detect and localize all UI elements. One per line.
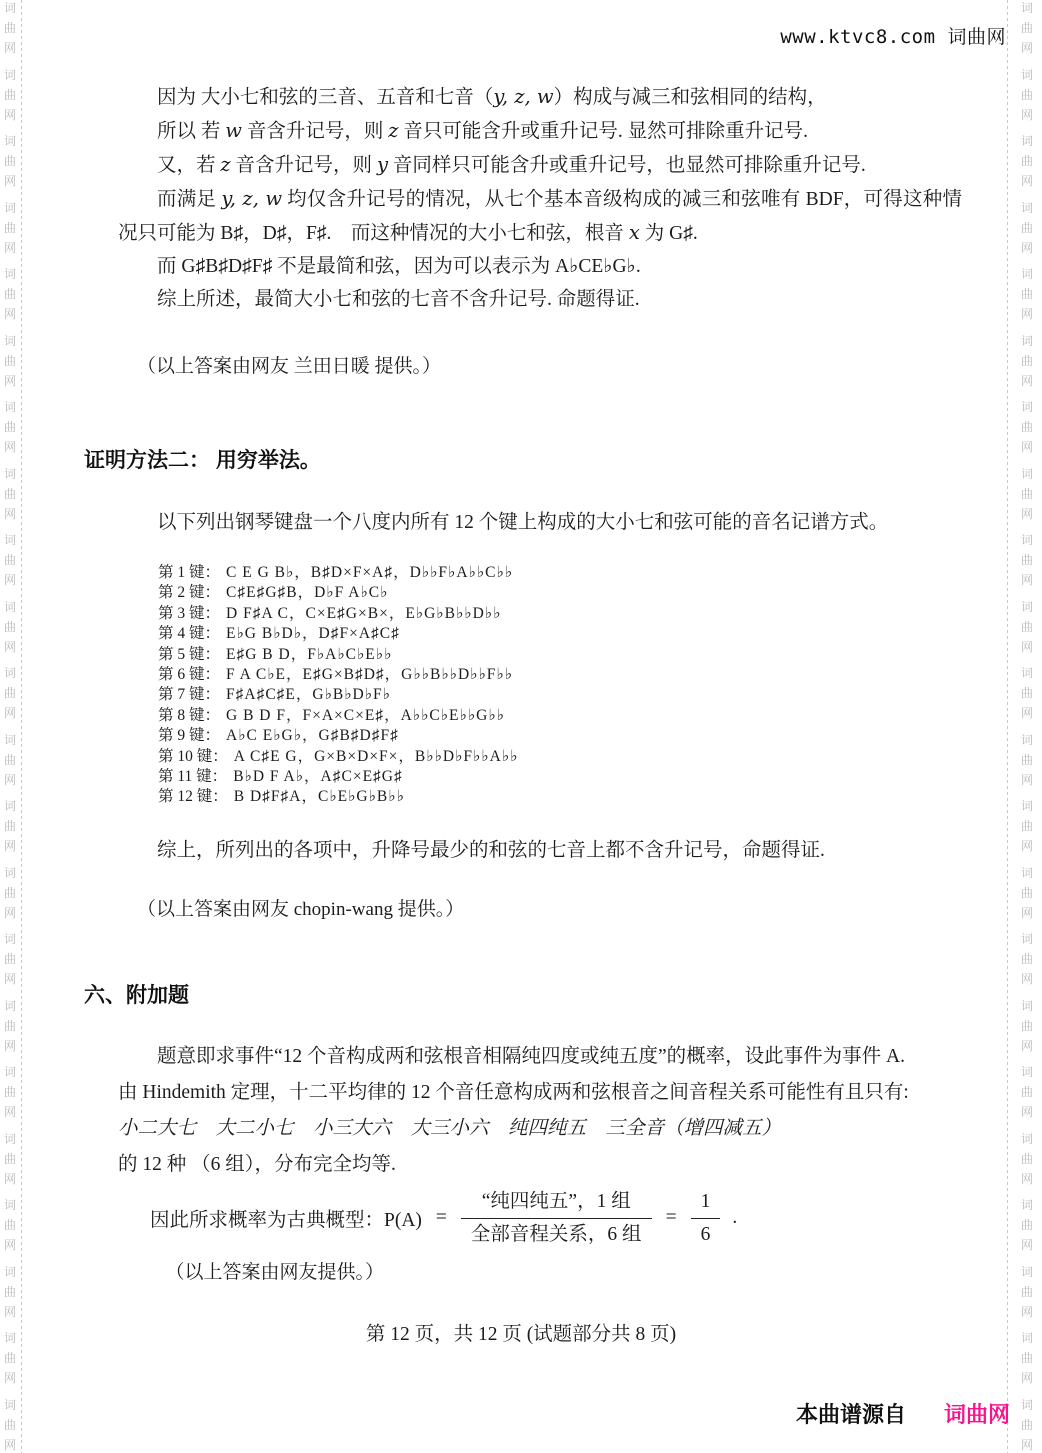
proof-paragraph: 综上所述，最简大小七和弦的七音不含升记号. 命题得证. xyxy=(118,283,962,316)
watermark-group: 词曲网 xyxy=(1021,202,1033,254)
watermark-char: 词 xyxy=(4,867,16,879)
key-chords: B D♯F♯A，C♭E♭G♭B♭♭ xyxy=(234,788,405,805)
watermark-group: 词曲网 xyxy=(1021,268,1033,320)
equals-sign: = xyxy=(434,1207,449,1229)
watermark-char: 词 xyxy=(1021,867,1033,879)
watermark-char: 词 xyxy=(4,69,16,81)
watermark-char: 网 xyxy=(4,907,16,919)
watermark-char: 曲 xyxy=(4,222,16,234)
watermark-char: 网 xyxy=(1021,242,1033,254)
watermark-char: 词 xyxy=(4,1000,16,1012)
watermark-char: 词 xyxy=(4,202,16,214)
fraction-numerator: “纯四纯五”，1 组 xyxy=(461,1189,652,1218)
section6-paragraphs: 题意即求事件“12 个音构成两和弦根音相隔纯四度或纯五度”的概率，设此事件为事件… xyxy=(118,1039,962,1183)
proof-method1-conclusion: 因为 大小七和弦的三音、五音和七音（y, z, w）构成与减三和弦相同的结构，所… xyxy=(118,80,962,382)
section-heading-6: 六、附加题 xyxy=(84,983,962,1009)
watermark-group: 词曲网 xyxy=(1021,1066,1033,1118)
watermark-char: 曲 xyxy=(1021,89,1033,101)
watermark-char: 网 xyxy=(1021,840,1033,852)
watermark-char: 词 xyxy=(1021,468,1033,480)
watermark-char: 词 xyxy=(4,601,16,613)
watermark-char: 词 xyxy=(1021,1000,1033,1012)
watermark-char: 网 xyxy=(4,973,16,985)
watermark-group: 词曲网 xyxy=(4,800,16,852)
watermark-group: 词曲网 xyxy=(4,1199,16,1251)
watermark-column-left: 词曲网词曲网词曲网词曲网词曲网词曲网词曲网词曲网词曲网词曲网词曲网词曲网词曲网词… xyxy=(2,2,18,1451)
watermark-group: 词曲网 xyxy=(1021,335,1033,387)
watermark-char: 网 xyxy=(1021,1173,1033,1185)
site-url-header: www.ktvc8.com 词曲网 xyxy=(780,22,1006,49)
watermark-char: 曲 xyxy=(4,1219,16,1231)
watermark-char: 曲 xyxy=(4,155,16,167)
watermark-char: 曲 xyxy=(1021,1286,1033,1298)
watermark-column-right: 词曲网词曲网词曲网词曲网词曲网词曲网词曲网词曲网词曲网词曲网词曲网词曲网词曲网词… xyxy=(1019,2,1035,1451)
watermark-group: 词曲网 xyxy=(4,2,16,54)
watermark-char: 词 xyxy=(4,534,16,546)
watermark-char: 网 xyxy=(1021,42,1033,54)
watermark-char: 网 xyxy=(4,774,16,786)
watermark-char: 网 xyxy=(1021,308,1033,320)
watermark-char: 曲 xyxy=(1021,820,1033,832)
watermark-char: 曲 xyxy=(1021,355,1033,367)
section-heading-method2: 证明方法二： 用穷举法。 xyxy=(84,448,962,474)
watermark-char: 词 xyxy=(1021,401,1033,413)
watermark-group: 词曲网 xyxy=(1021,1000,1033,1052)
watermark-char: 曲 xyxy=(4,22,16,34)
document-content: 因为 大小七和弦的三音、五音和七音（y, z, w）构成与减三和弦相同的结构，所… xyxy=(118,80,962,1288)
watermark-char: 网 xyxy=(1021,1439,1033,1451)
key-row: 第 11 键：B♭D F A♭，A♯C×E♯G♯ xyxy=(158,767,962,787)
watermark-char: 曲 xyxy=(1021,155,1033,167)
proof-paragraph: 所以 若 w 音含升记号，则 z 音只可能含升或重升记号. 显然可排除重升记号. xyxy=(118,114,962,148)
branding: 本曲谱源自 词曲网 xyxy=(796,1398,1010,1429)
watermark-group: 词曲网 xyxy=(4,867,16,919)
method2-intro: 以下列出钢琴键盘一个八度内所有 12 个键上构成的大小七和弦可能的音名记谱方式。 xyxy=(118,506,962,539)
key-chords: E♯G B D，F♭A♭C♭E♭♭ xyxy=(226,646,392,663)
watermark-char: 词 xyxy=(1021,135,1033,147)
watermark-char: 词 xyxy=(4,401,16,413)
key-chords: C♯E♯G♯B，D♭F A♭C♭ xyxy=(226,584,388,601)
watermark-char: 词 xyxy=(1021,1199,1033,1211)
watermark-char: 网 xyxy=(4,42,16,54)
watermark-char: 曲 xyxy=(4,687,16,699)
watermark-group: 词曲网 xyxy=(4,135,16,187)
watermark-char: 词 xyxy=(4,800,16,812)
watermark-char: 网 xyxy=(4,840,16,852)
watermark-char: 网 xyxy=(1021,1239,1033,1251)
watermark-char: 词 xyxy=(1021,534,1033,546)
key-row: 第 10 键：A C♯E G，G×B×D×F×，B♭♭D♭F♭♭A♭♭ xyxy=(158,747,962,767)
watermark-char: 曲 xyxy=(4,1086,16,1098)
watermark-char: 词 xyxy=(1021,268,1033,280)
watermark-char: 词 xyxy=(4,734,16,746)
watermark-char: 词 xyxy=(1021,933,1033,945)
watermark-char: 词 xyxy=(1021,335,1033,347)
key-chords: A♭C E♭G♭，G♯B♯D♯F♯ xyxy=(226,727,399,744)
watermark-char: 词 xyxy=(1021,800,1033,812)
watermark-char: 曲 xyxy=(4,621,16,633)
watermark-char: 曲 xyxy=(4,89,16,101)
fraction-denominator: 全部音程关系，6 组 xyxy=(461,1218,652,1248)
watermark-char: 词 xyxy=(1021,667,1033,679)
watermark-char: 曲 xyxy=(4,288,16,300)
watermark-char: 网 xyxy=(4,707,16,719)
key-row: 第 7 键：F♯A♯C♯E，G♭B♭D♭F♭ xyxy=(158,685,962,705)
watermark-char: 词 xyxy=(4,1199,16,1211)
key-row: 第 6 键：F A C♭E，E♯G×B♯D♯，G♭♭B♭♭D♭♭F♭♭ xyxy=(158,665,962,685)
watermark-char: 网 xyxy=(1021,508,1033,520)
watermark-char: 词 xyxy=(4,1399,16,1411)
watermark-group: 词曲网 xyxy=(4,401,16,453)
watermark-char: 曲 xyxy=(1021,1352,1033,1364)
watermark-char: 网 xyxy=(4,441,16,453)
watermark-char: 曲 xyxy=(1021,22,1033,34)
key-label: 第 6 键： xyxy=(158,666,220,683)
proof1-paragraphs: 因为 大小七和弦的三音、五音和七音（y, z, w）构成与减三和弦相同的结构，所… xyxy=(118,80,962,316)
watermark-char: 曲 xyxy=(1021,222,1033,234)
watermark-group: 词曲网 xyxy=(1021,800,1033,852)
watermark-group: 词曲网 xyxy=(4,202,16,254)
proof-paragraph: 而 G♯B♯D♯F♯ 不是最简和弦，因为可以表示为 A♭CE♭G♭. xyxy=(118,250,962,283)
watermark-char: 网 xyxy=(1021,1372,1033,1384)
proof-method2: 证明方法二： 用穷举法。 以下列出钢琴键盘一个八度内所有 12 个键上构成的大小… xyxy=(118,448,962,925)
site-name: 词曲网 xyxy=(944,1398,1010,1429)
watermark-group: 词曲网 xyxy=(4,335,16,387)
watermark-char: 网 xyxy=(1021,441,1033,453)
key-label: 第 7 键： xyxy=(158,686,220,703)
key-chords: E♭G B♭D♭，D♯F×A♯C♯ xyxy=(226,625,400,642)
key-chords: F A C♭E，E♯G×B♯D♯，G♭♭B♭♭D♭♭F♭♭ xyxy=(226,666,513,683)
watermark-char: 词 xyxy=(1021,1266,1033,1278)
key-row: 第 3 键：D F♯A C，C×E♯G×B×，E♭G♭B♭♭D♭♭ xyxy=(158,604,962,624)
key-chords: D F♯A C，C×E♯G×B×，E♭G♭B♭♭D♭♭ xyxy=(226,605,501,622)
watermark-group: 词曲网 xyxy=(1021,1133,1033,1185)
watermark-group: 词曲网 xyxy=(1021,667,1033,719)
proof-paragraph: 又，若 z 音含升记号，则 y 音同样只可能含升或重升记号，也显然可排除重升记号… xyxy=(118,148,962,182)
equals-sign: = xyxy=(664,1207,679,1229)
section6-line: 小二大七 大二小七 小三大六 大三小六 纯四纯五 三全音（增四减五） xyxy=(118,1111,962,1147)
watermark-group: 词曲网 xyxy=(1021,1199,1033,1251)
watermark-char: 词 xyxy=(1021,202,1033,214)
watermark-group: 词曲网 xyxy=(1021,534,1033,586)
watermark-char: 网 xyxy=(1021,641,1033,653)
watermark-group: 词曲网 xyxy=(4,601,16,653)
key-row: 第 4 键：E♭G B♭D♭，D♯F×A♯C♯ xyxy=(158,624,962,644)
section6-line: 由 Hindemith 定理，十二平均律的 12 个音任意构成两和弦根音之间音程… xyxy=(118,1075,962,1111)
formula-period: . xyxy=(732,1207,737,1229)
key-row: 第 2 键：C♯E♯G♯B，D♭F A♭C♭ xyxy=(158,583,962,603)
watermark-char: 曲 xyxy=(4,554,16,566)
fraction-numerator: 1 xyxy=(691,1189,721,1218)
watermark-group: 词曲网 xyxy=(1021,468,1033,520)
key-row: 第 5 键：E♯G B D，F♭A♭C♭E♭♭ xyxy=(158,645,962,665)
key-label: 第 4 键： xyxy=(158,625,220,642)
key-row: 第 12 键：B D♯F♯A，C♭E♭G♭B♭♭ xyxy=(158,787,962,807)
key-label: 第 2 键： xyxy=(158,584,220,601)
watermark-char: 网 xyxy=(4,1439,16,1451)
watermark-char: 曲 xyxy=(4,488,16,500)
watermark-char: 网 xyxy=(4,308,16,320)
watermark-group: 词曲网 xyxy=(4,933,16,985)
key-label: 第 1 键： xyxy=(158,564,220,581)
source-label: 本曲谱源自 xyxy=(796,1398,906,1429)
probability-formula: 因此所求概率为古典概型：P(A) = “纯四纯五”，1 组 全部音程关系，6 组… xyxy=(118,1189,962,1248)
watermark-group: 词曲网 xyxy=(4,1133,16,1185)
proof-paragraph: 而满足 y, z, w 均仅含升记号的情况，从七个基本音级构成的减三和弦唯有 B… xyxy=(118,182,962,250)
watermark-char: 词 xyxy=(4,1066,16,1078)
watermark-char: 网 xyxy=(4,1239,16,1251)
watermark-char: 词 xyxy=(4,2,16,14)
watermark-group: 词曲网 xyxy=(1021,933,1033,985)
watermark-char: 曲 xyxy=(4,355,16,367)
watermark-char: 网 xyxy=(1021,574,1033,586)
watermark-char: 网 xyxy=(1021,1106,1033,1118)
watermark-char: 曲 xyxy=(4,953,16,965)
watermark-char: 词 xyxy=(1021,1066,1033,1078)
watermark-char: 曲 xyxy=(4,820,16,832)
credit-note-1: （以上答案由网友 兰田日暖 提供。） xyxy=(118,352,962,382)
credit-note-2: （以上答案由网友 chopin-wang 提供。） xyxy=(118,895,962,925)
watermark-char: 曲 xyxy=(4,887,16,899)
watermark-char: 曲 xyxy=(1021,887,1033,899)
watermark-char: 曲 xyxy=(1021,687,1033,699)
watermark-char: 曲 xyxy=(1021,1419,1033,1431)
credit-note-3: （以上答案由网友提供。） xyxy=(118,1258,962,1288)
watermark-char: 曲 xyxy=(1021,1153,1033,1165)
watermark-char: 网 xyxy=(4,508,16,520)
math-variable: y, z, w xyxy=(221,187,282,210)
watermark-char: 词 xyxy=(4,1266,16,1278)
right-dashed-divider xyxy=(1007,0,1008,1453)
math-variable: x xyxy=(629,221,640,244)
key-chords: C E G B♭，B♯D×F×A♯，D♭♭F♭A♭♭C♭♭ xyxy=(226,564,513,581)
watermark-group: 词曲网 xyxy=(4,1266,16,1318)
watermark-group: 词曲网 xyxy=(1021,401,1033,453)
math-variable: y xyxy=(377,153,388,176)
watermark-group: 词曲网 xyxy=(4,667,16,719)
watermark-char: 网 xyxy=(4,1040,16,1052)
watermark-group: 词曲网 xyxy=(1021,867,1033,919)
watermark-char: 网 xyxy=(4,242,16,254)
watermark-group: 词曲网 xyxy=(4,734,16,786)
watermark-char: 曲 xyxy=(4,1286,16,1298)
key-label: 第 8 键： xyxy=(158,707,220,724)
watermark-char: 网 xyxy=(4,175,16,187)
watermark-char: 网 xyxy=(1021,907,1033,919)
watermark-char: 网 xyxy=(4,574,16,586)
key-chords: B♭D F A♭，A♯C×E♯G♯ xyxy=(233,768,403,785)
watermark-char: 曲 xyxy=(1021,554,1033,566)
key-row: 第 9 键：A♭C E♭G♭，G♯B♯D♯F♯ xyxy=(158,726,962,746)
watermark-char: 词 xyxy=(1021,69,1033,81)
watermark-char: 曲 xyxy=(1021,953,1033,965)
watermark-char: 网 xyxy=(4,375,16,387)
method2-summary: 综上，所列出的各项中，升降号最少的和弦的七音上都不含升记号，命题得证. xyxy=(118,834,962,867)
watermark-char: 网 xyxy=(4,109,16,121)
watermark-char: 词 xyxy=(4,468,16,480)
math-variable: z xyxy=(220,153,230,176)
piano-key-chord-list: 第 1 键：C E G B♭，B♯D×F×A♯，D♭♭F♭A♭♭C♭♭第 2 键… xyxy=(158,563,962,808)
watermark-group: 词曲网 xyxy=(1021,601,1033,653)
watermark-char: 曲 xyxy=(1021,754,1033,766)
watermark-char: 词 xyxy=(4,268,16,280)
key-row: 第 1 键：C E G B♭，B♯D×F×A♯，D♭♭F♭A♭♭C♭♭ xyxy=(158,563,962,583)
watermark-char: 词 xyxy=(1021,734,1033,746)
watermark-char: 曲 xyxy=(4,1020,16,1032)
watermark-char: 网 xyxy=(1021,1306,1033,1318)
watermark-group: 词曲网 xyxy=(1021,69,1033,121)
watermark-char: 网 xyxy=(1021,1040,1033,1052)
watermark-char: 曲 xyxy=(4,1352,16,1364)
watermark-char: 网 xyxy=(4,1106,16,1118)
proof-paragraph: 因为 大小七和弦的三音、五音和七音（y, z, w）构成与减三和弦相同的结构， xyxy=(118,80,962,114)
watermark-char: 曲 xyxy=(1021,288,1033,300)
section-6-bonus: 六、附加题 题意即求事件“12 个音构成两和弦根音相隔纯四度或纯五度”的概率，设… xyxy=(118,983,962,1288)
watermark-group: 词曲网 xyxy=(1021,734,1033,786)
fraction-denominator: 6 xyxy=(691,1218,721,1248)
key-label: 第 9 键： xyxy=(158,727,220,744)
watermark-char: 词 xyxy=(1021,2,1033,14)
watermark-group: 词曲网 xyxy=(1021,2,1033,54)
key-row: 第 8 键：G B D F，F×A×C×E♯，A♭♭C♭E♭♭G♭♭ xyxy=(158,706,962,726)
math-variable: z xyxy=(388,119,398,142)
watermark-char: 网 xyxy=(4,1173,16,1185)
watermark-group: 词曲网 xyxy=(4,1399,16,1451)
watermark-char: 曲 xyxy=(1021,488,1033,500)
watermark-char: 词 xyxy=(1021,1399,1033,1411)
watermark-char: 网 xyxy=(1021,375,1033,387)
watermark-char: 网 xyxy=(1021,973,1033,985)
watermark-char: 网 xyxy=(1021,175,1033,187)
section6-line: 的 12 种 （6 组），分布完全均等. xyxy=(118,1147,962,1183)
watermark-group: 词曲网 xyxy=(4,268,16,320)
math-variable: w xyxy=(225,119,242,142)
watermark-group: 词曲网 xyxy=(4,69,16,121)
watermark-char: 网 xyxy=(1021,109,1033,121)
watermark-char: 曲 xyxy=(4,1419,16,1431)
left-dashed-divider xyxy=(21,0,22,1453)
watermark-char: 曲 xyxy=(1021,421,1033,433)
watermark-char: 词 xyxy=(1021,1133,1033,1145)
watermark-char: 曲 xyxy=(1021,1086,1033,1098)
watermark-char: 曲 xyxy=(4,1153,16,1165)
watermark-char: 词 xyxy=(4,135,16,147)
math-variable: y, z, w xyxy=(493,85,553,108)
formula-prefix: 因此所求概率为古典概型：P(A) xyxy=(150,1204,422,1232)
watermark-char: 网 xyxy=(4,1372,16,1384)
watermark-char: 网 xyxy=(1021,774,1033,786)
key-chords: F♯A♯C♯E，G♭B♭D♭F♭ xyxy=(226,686,391,703)
watermark-group: 词曲网 xyxy=(4,1066,16,1118)
watermark-char: 词 xyxy=(1021,601,1033,613)
watermark-char: 网 xyxy=(1021,707,1033,719)
watermark-char: 曲 xyxy=(4,754,16,766)
watermark-group: 词曲网 xyxy=(1021,1399,1033,1451)
watermark-group: 词曲网 xyxy=(1021,1266,1033,1318)
key-label: 第 12 键： xyxy=(158,788,228,805)
watermark-char: 曲 xyxy=(1021,1020,1033,1032)
fraction-events: “纯四纯五”，1 组 全部音程关系，6 组 xyxy=(461,1189,652,1248)
page-number: 第 12 页，共 12 页 (试题部分共 8 页) xyxy=(0,1318,1042,1346)
key-label: 第 11 键： xyxy=(158,768,227,785)
watermark-group: 词曲网 xyxy=(1021,135,1033,187)
watermark-char: 词 xyxy=(4,933,16,945)
watermark-char: 词 xyxy=(4,1133,16,1145)
fraction-result: 1 6 xyxy=(691,1189,721,1248)
watermark-group: 词曲网 xyxy=(4,534,16,586)
key-chords: A C♯E G，G×B×D×F×，B♭♭D♭F♭♭A♭♭ xyxy=(234,748,519,765)
watermark-char: 词 xyxy=(4,335,16,347)
watermark-char: 网 xyxy=(4,641,16,653)
watermark-char: 网 xyxy=(4,1306,16,1318)
watermark-group: 词曲网 xyxy=(4,468,16,520)
section6-line: 题意即求事件“12 个音构成两和弦根音相隔纯四度或纯五度”的概率，设此事件为事件… xyxy=(118,1039,962,1075)
key-label: 第 10 键： xyxy=(158,748,228,765)
watermark-char: 词 xyxy=(4,667,16,679)
watermark-char: 曲 xyxy=(1021,621,1033,633)
key-chords: G B D F，F×A×C×E♯，A♭♭C♭E♭♭G♭♭ xyxy=(226,707,505,724)
watermark-char: 曲 xyxy=(4,421,16,433)
key-label: 第 5 键： xyxy=(158,646,220,663)
watermark-char: 曲 xyxy=(1021,1219,1033,1231)
watermark-group: 词曲网 xyxy=(4,1000,16,1052)
key-label: 第 3 键： xyxy=(158,605,220,622)
